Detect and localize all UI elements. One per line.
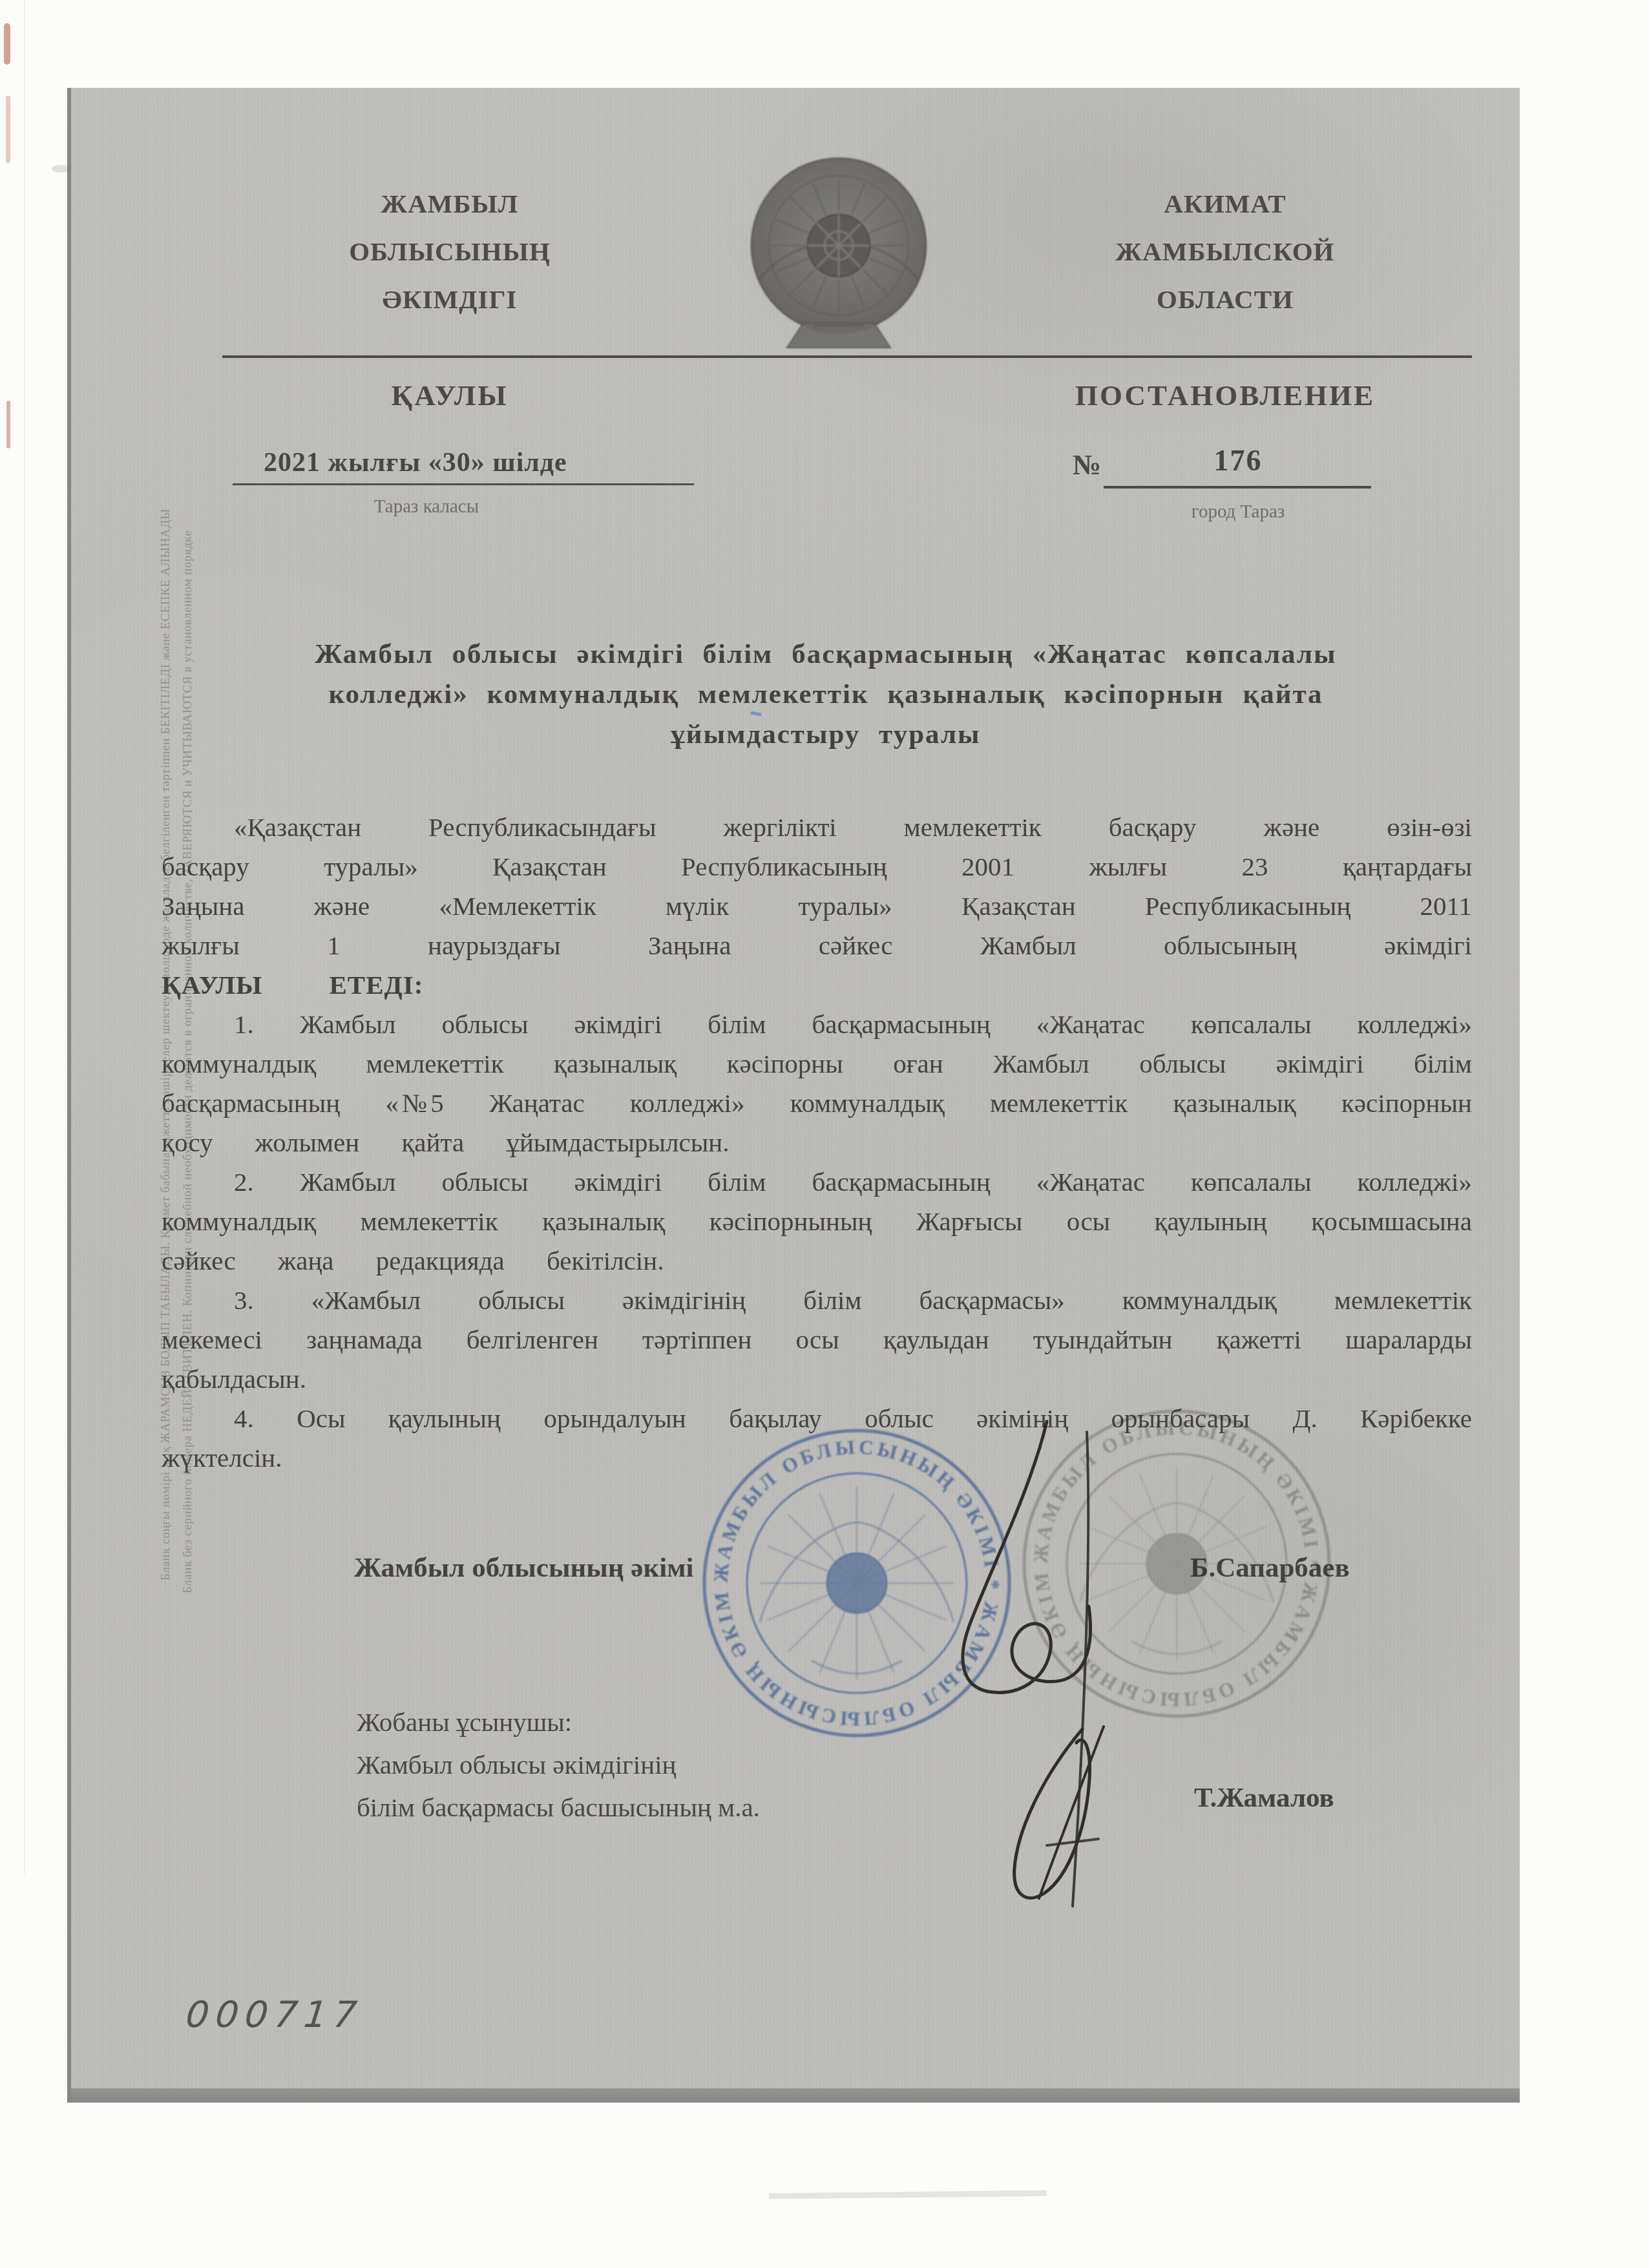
number-sign: № bbox=[1073, 448, 1101, 481]
proposer-name: Т.Жамалов bbox=[1194, 1782, 1334, 1814]
document-number: 176 bbox=[1106, 443, 1370, 478]
scan-artifact-line bbox=[24, 0, 25, 1874]
scan-artifact-red bbox=[6, 401, 10, 448]
scan-artifact-smudge bbox=[769, 2190, 1047, 2200]
stamps-and-signatures: ЖАМБЫЛ ОБЛЫСЫНЫҢ ӘКІМІ * ЖАМБЫЛ ОБЛЫСЫНЫ… bbox=[685, 1393, 1464, 2026]
resolve-word: ҚАУЛЫ ЕТЕДІ: bbox=[162, 970, 423, 1000]
item-paragraph-2: 2. Жамбыл облысы әкімдігі білім басқарма… bbox=[162, 1162, 1472, 1281]
scanned-page: ЖАМБЫЛ ОБЛЫСЫНЫҢ ӘКІМДІГІ bbox=[67, 88, 1520, 2103]
blank-serial-number: 000717 bbox=[184, 1994, 366, 2036]
proposer-line: білім басқармасы басшысының м.а. bbox=[357, 1786, 760, 1829]
item-paragraph-3: 3. «Жамбыл облысы әкімдігінің білім басқ… bbox=[162, 1281, 1472, 1399]
doc-type-russian: ПОСТАНОВЛЕНИЕ bbox=[1051, 379, 1400, 412]
scan-artifact-smudge bbox=[52, 165, 71, 173]
kazakhstan-state-emblem-icon bbox=[742, 156, 936, 352]
org-left-line: ЖАМБЫЛ bbox=[275, 180, 624, 227]
akim-handwritten-signature bbox=[963, 1422, 1090, 1906]
scanned-decree-screenshot: { "document": { "org_left": ["ЖАМБЫЛ", "… bbox=[0, 0, 1649, 2268]
preamble-paragraph: «Қазақстан Республикасындағы жергілікті … bbox=[162, 808, 1472, 1005]
proposer-line: Жобаны ұсынушы: bbox=[357, 1701, 760, 1743]
place-russian: город Тараз bbox=[1106, 501, 1370, 523]
item-paragraph-1: 1. Жамбыл облысы әкімдігі білім басқарма… bbox=[162, 1005, 1472, 1162]
date-underline bbox=[233, 483, 694, 485]
org-right-line: АКИМАТ bbox=[1051, 180, 1400, 227]
page-bottom-shadow bbox=[71, 2088, 1520, 2103]
akim-signoff-label: Жамбыл облысының әкімі bbox=[354, 1552, 693, 1584]
org-left-line: ОБЛЫСЫНЫҢ bbox=[275, 227, 624, 275]
item-paragraph-4: 4. Осы қаулының орындалуын бақылау облыс… bbox=[162, 1399, 1472, 1478]
document-body: «Қазақстан Республикасындағы жергілікті … bbox=[162, 808, 1472, 1478]
org-name-russian: АКИМАТ ЖАМБЫЛСКОЙ ОБЛАСТИ bbox=[1051, 180, 1400, 323]
proposer-block: Жобаны ұсынушы: Жамбыл облысы әкімдігіні… bbox=[357, 1701, 760, 1829]
document-title: Жамбыл облысы әкімдігі білім басқармасын… bbox=[255, 635, 1397, 755]
org-right-line: ЖАМБЫЛСКОЙ bbox=[1051, 227, 1400, 275]
akim-name: Б.Сапарбаев bbox=[1190, 1552, 1350, 1584]
document-date: 2021 жылғы «30» шілде bbox=[264, 447, 567, 478]
header-divider bbox=[222, 355, 1472, 358]
proposer-handwritten-signature bbox=[1014, 1727, 1104, 1898]
org-right-line: ОБЛАСТИ bbox=[1051, 275, 1400, 323]
proposer-line: Жамбыл облысы әкімдігінің bbox=[357, 1743, 760, 1786]
doc-type-kazakh: ҚАУЛЫ bbox=[275, 379, 624, 412]
org-left-line: ӘКІМДІГІ bbox=[275, 275, 624, 323]
preamble-text: «Қазақстан Республикасындағы жергілікті … bbox=[162, 812, 1472, 960]
scan-artifact-red bbox=[4, 23, 10, 65]
place-kazakh: Тараз каласы bbox=[278, 496, 575, 518]
number-underline bbox=[1104, 486, 1371, 488]
org-name-kazakh: ЖАМБЫЛ ОБЛЫСЫНЫҢ ӘКІМДІГІ bbox=[275, 180, 624, 323]
scan-artifact-red bbox=[6, 96, 10, 163]
